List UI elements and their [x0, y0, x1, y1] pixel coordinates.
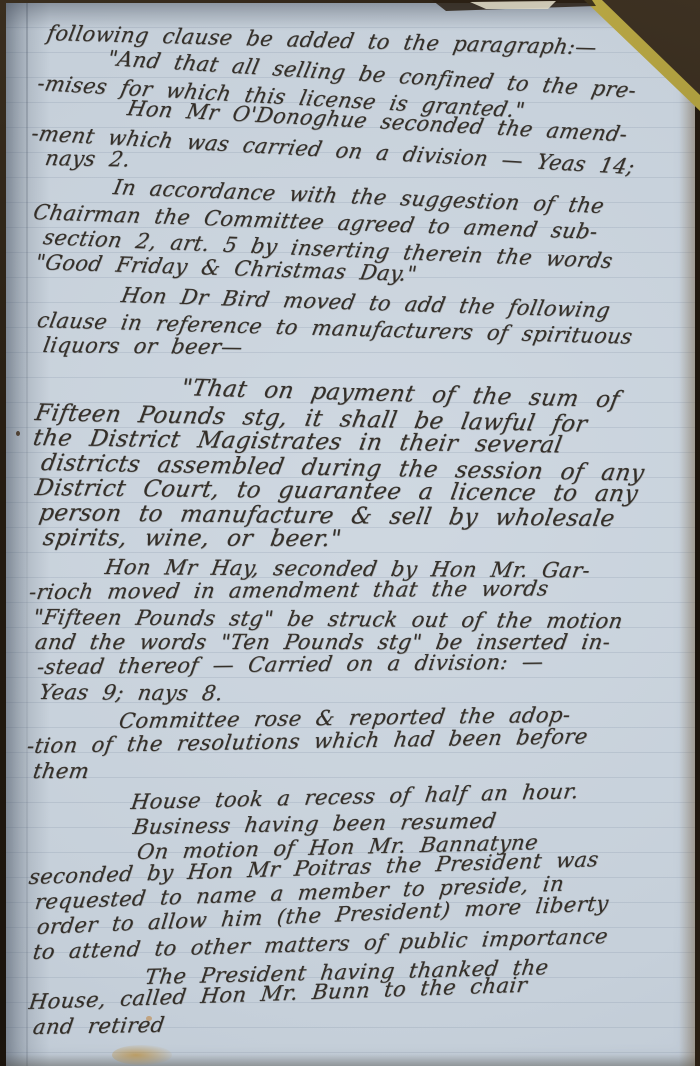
manuscript-line-text: spirits, wine, or beer." [41, 526, 343, 552]
manuscript-line-text: House took a recess of half an hour. [129, 779, 580, 815]
manuscript-line: -stead thereof — Carried on a division: … [36, 655, 695, 680]
ink-stain [112, 1045, 172, 1065]
manuscript-line-text: nays 2. [43, 146, 132, 172]
manuscript-line: the District Magistrates in their severa… [32, 426, 695, 451]
manuscript-line: following clause be added to the paragra… [46, 21, 695, 46]
manuscript-line-text: and retired [31, 1013, 166, 1040]
manuscript-line: -tion of the resolutions which had been … [26, 734, 695, 759]
manuscript-photo: following clause be added to the paragra… [0, 0, 700, 1066]
manuscript-line-text: liquors or beer— [41, 333, 245, 360]
paper-fold-line [26, 3, 28, 1066]
manuscript-line: Yeas 9; nays 8. [38, 680, 695, 705]
manuscript-text-block: following clause be added to the paragra… [40, 21, 695, 1040]
manuscript-line: "Fifteen Pounds stg" be struck out of th… [32, 605, 695, 630]
manuscript-line-text: -tion of the resolutions which had been … [25, 724, 589, 759]
bottom-edge-shadow [6, 1054, 695, 1066]
manuscript-line: House, called Hon Mr. Bunn to the chair [28, 990, 695, 1015]
manuscript-line: districts assembled during the session o… [40, 451, 695, 476]
manuscript-line-text: -stead thereof — Carried on a division: … [35, 650, 545, 680]
manuscript-line: Hon Mr Hay, seconded by Hon Mr. Gar- [104, 555, 695, 580]
manuscript-line-text: Yeas 9; nays 8. [37, 680, 225, 706]
manuscript-line-text: them [31, 759, 91, 784]
manuscript-line: In accordance with the suggestion of the [112, 175, 695, 200]
manuscript-line-text: -rioch moved in amendment that the words [27, 576, 550, 605]
manuscript-line: them [32, 759, 695, 784]
manuscript-page: following clause be added to the paragra… [6, 3, 695, 1066]
manuscript-line: and retired [32, 1015, 695, 1040]
manuscript-line: -rioch moved in amendment that the words [28, 580, 695, 605]
manuscript-line: "That on payment of the sum of [180, 376, 695, 401]
paper-speck [16, 431, 20, 436]
